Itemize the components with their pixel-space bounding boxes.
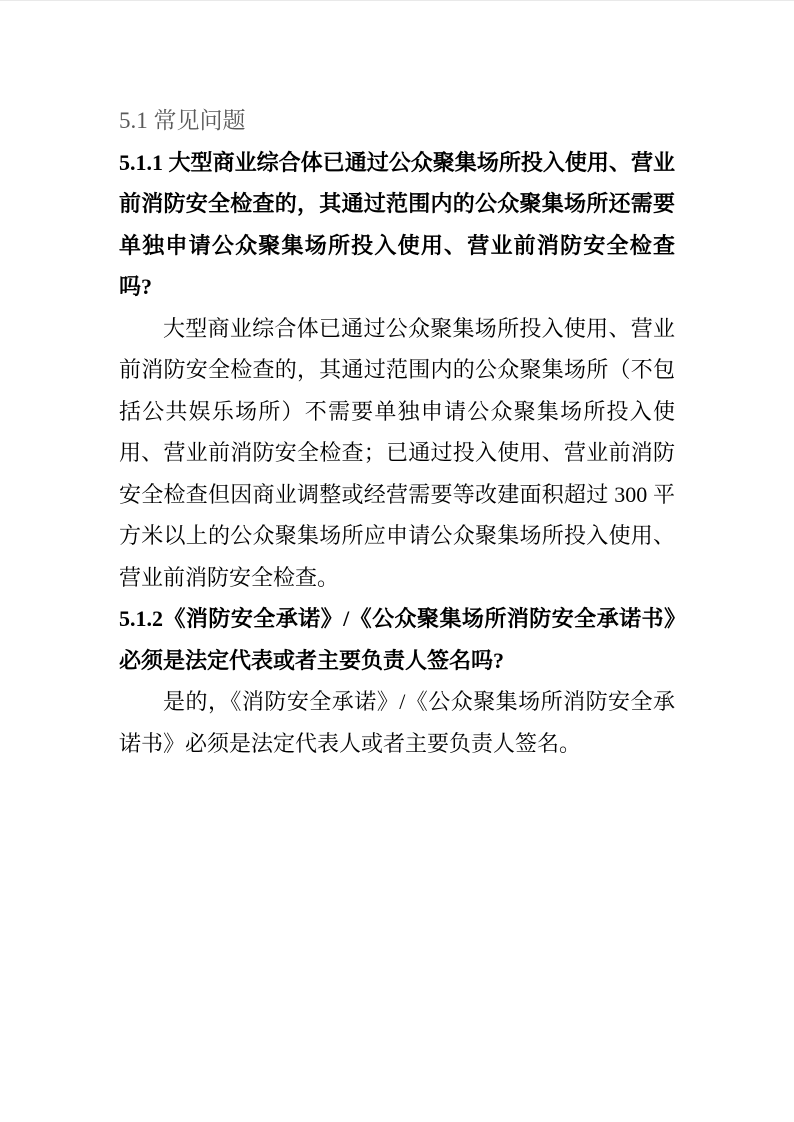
document-page: 5.1 常见问题 5.1.1 大型商业综合体已通过公众聚集场所投入使用、营业前消… — [0, 0, 794, 1122]
answer-paragraph-5-1-1: 大型商业综合体已通过公众聚集场所投入使用、营业前消防安全检查的，其通过范围内的公… — [119, 308, 675, 599]
page-top-edge — [0, 0, 794, 1]
question-heading-5-1-1: 5.1.1 大型商业综合体已通过公众聚集场所投入使用、营业前消防安全检查的，其通… — [119, 142, 675, 308]
question-heading-5-1-2: 5.1.2《消防安全承诺》/《公众聚集场所消防安全承诺书》必须是法定代表或者主要… — [119, 598, 675, 681]
answer-paragraph-5-1-2: 是的，《消防安全承诺》/《公众聚集场所消防安全承诺书》必须是法定代表人或者主要负… — [119, 681, 675, 764]
section-heading-5-1: 5.1 常见问题 — [119, 100, 675, 142]
